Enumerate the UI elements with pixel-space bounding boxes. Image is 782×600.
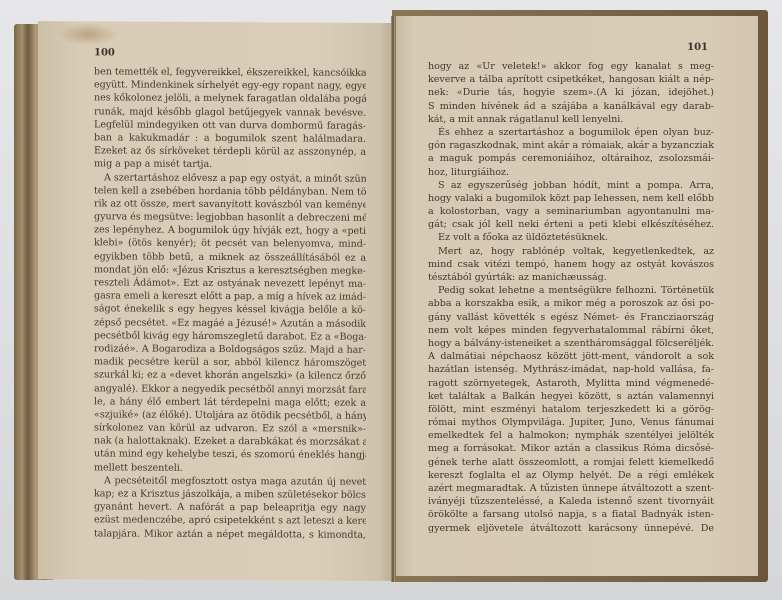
right-page-text: hogy az «Ur veletek!» akkor fog egy kana…	[428, 60, 714, 535]
text-line: nes kőkolonez jelöli, a melynek faragatl…	[94, 92, 366, 107]
text-line: ragott szörnyetegek, Astaroth, Mylitta m…	[428, 377, 714, 390]
text-line: abba a korszakba esik, a mikor még a por…	[428, 297, 714, 310]
text-line: után mind egy kehelybe teszi, és szomorú…	[94, 448, 366, 463]
text-line: nek: «Durie tás, hogyie szem».(A ki józa…	[428, 86, 714, 99]
text-line: zépső pecsétet. «Ez magáé a Jézusé!» Azu…	[94, 316, 366, 331]
left-page: 100 ben temették el, fegyvereikkel, éksz…	[38, 21, 394, 581]
left-page-text: ben temették el, fegyvereikkel, ékszerei…	[94, 65, 366, 541]
text-line: telen kell a zsebében hordania több péld…	[94, 184, 366, 199]
text-line: És ehhez a szertartáshoz a bogumilok épe…	[428, 126, 714, 139]
text-line: gón ragaszkodnak, mint akár a rómaiak, a…	[428, 139, 714, 152]
text-line: hogy a bálvány-isteneiket a szentháromsá…	[428, 337, 714, 350]
text-line: emelkedtek fel a halmokon; nymphák szent…	[428, 429, 714, 442]
text-line: le, a hány élő embert lát térdepelni mag…	[94, 395, 366, 410]
text-line: Mert az, hogy rablónép voltak, kegyetlen…	[428, 245, 714, 258]
text-line: pecsétből kivág egy háromszegletű darabo…	[94, 329, 366, 344]
text-line: runák, majd később glagol betűjegyek van…	[94, 105, 366, 120]
book-gutter	[391, 16, 395, 582]
text-line: hogy az «Ur veletek!» akkor fog egy kana…	[428, 60, 714, 73]
text-line: azért megmaradtak. A tűzisten ünnepe átv…	[428, 482, 714, 495]
text-line: ket találtak a Balkán hegyei között, s a…	[428, 390, 714, 403]
text-line: klebi» (ötös kenyér); öt pecsét van bele…	[94, 237, 366, 252]
text-line: talapjára. Mikor aztán a népet megáldott…	[94, 527, 366, 542]
text-line: hoz, liturgiáihoz.	[428, 166, 714, 179]
text-line: mellett beszenteli.	[94, 461, 366, 476]
text-line: hogy valaki a bugomilok közt pap lehesse…	[428, 192, 714, 205]
text-line: kereszt foglalta el az Olymp helyét. De …	[428, 469, 714, 482]
text-line: S minden hívének ád a szájába a kanálkáv…	[428, 100, 714, 113]
text-line: tésztából gyúrták: az manichæusság.	[428, 271, 714, 284]
text-line: gének terhe alatt összeomlott, a romjai …	[428, 456, 714, 469]
text-line: mind csak vitézi tempó, hanem hogy az os…	[428, 258, 714, 271]
text-line: keverve a tálba aprított csipetkéket, ha…	[428, 73, 714, 86]
text-line: gány vallást követték s egész Német- és …	[428, 311, 714, 324]
text-line: római mythos Olympvilága. Jupiter, Juno,…	[428, 416, 714, 429]
text-line: örökölte a farsang utolsó napja, s a fia…	[428, 508, 714, 521]
text-line: szurkál ki; ez a «devet khorán angelszki…	[94, 369, 366, 384]
text-line: meg a forrásokat. Mikor aztán a classiku…	[428, 442, 714, 455]
page-number-left: 100	[94, 47, 115, 58]
page-number-right: 101	[687, 42, 708, 53]
text-line: gyermek eljövetele átváltozott karácsony…	[428, 522, 714, 535]
page-stain	[58, 23, 118, 45]
text-line: mig a pap a misét tartja.	[94, 158, 366, 173]
text-line: A dalmátiai népchaosz között jött-ment, …	[428, 350, 714, 363]
text-line: A szertartáshoz elővesz a pap egy ostyát…	[94, 171, 366, 186]
text-line: a maguk pompás ceremoniáihoz, oltáraihoz…	[428, 152, 714, 165]
text-line: ezüst medenczébe, apró csipetekként s az…	[94, 514, 366, 529]
text-line: a kolostorban, vagy a seminariumban agyo…	[428, 205, 714, 218]
right-page: 101 hogy az «Ur veletek!» akkor fog egy …	[396, 16, 758, 576]
text-line: iványéji tűzszenteléssé, a Kaleda istenn…	[428, 495, 714, 508]
text-line: hazátlan istenség. Mythrász-imádat, nap-…	[428, 363, 714, 376]
text-line: egyikben több betű, a miknek az összeáll…	[94, 250, 366, 265]
text-line: Pedig sokat lehetne a mentségükre felhoz…	[428, 284, 714, 297]
text-line: kát, a mit annak rágatlanul kell lenyeln…	[428, 113, 714, 126]
text-line: Legfelül mindegyiken ott van durva dombo…	[94, 118, 366, 133]
text-line: Ez volt a főoka az üldöztetésüknek.	[428, 231, 714, 244]
text-line: S az egyszerűség jobban hódít, mint a po…	[428, 179, 714, 192]
text-line: fölött, mint eszményi hatalom terjeszked…	[428, 403, 714, 416]
text-line: ságot énekelik s egy hegyes késsel kivág…	[94, 303, 366, 318]
text-line: angyalé). Ekkor a negyedik pecsétből ann…	[94, 382, 366, 397]
text-line: gát; csak jól kell neki érteni a peti kl…	[428, 218, 714, 231]
text-line: nem volt képes minden fegyverhatalommal …	[428, 324, 714, 337]
